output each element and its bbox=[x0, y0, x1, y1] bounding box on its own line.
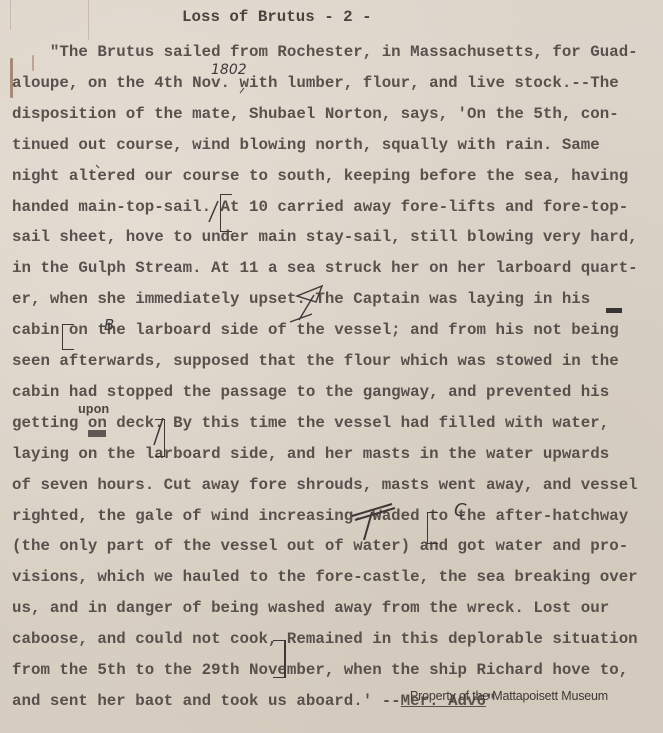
watermark: Property of the Mattapoisett Museum bbox=[410, 689, 608, 703]
paragraph-bracket-mark bbox=[155, 419, 165, 457]
text-line: cabin had stopped the passage to the gan… bbox=[12, 383, 609, 401]
text-line: handed main-top-sail. At 10 carried away… bbox=[12, 198, 628, 216]
text-line: (the only part of the vessel out of wate… bbox=[12, 537, 628, 555]
text-line: of seven hours. Cut away fore shrouds, m… bbox=[12, 476, 638, 494]
text-line: night altered our course to south, keepi… bbox=[12, 167, 628, 185]
text-line: visions, which we hauled to the fore-cas… bbox=[12, 568, 638, 586]
handwritten-b: B bbox=[104, 316, 114, 334]
text-line: sail sheet, hove to under main stay-sail… bbox=[12, 228, 638, 246]
text-line: disposition of the mate, Shubael Norton,… bbox=[12, 105, 619, 123]
text-line: laying on the larboard side, and her mas… bbox=[12, 445, 609, 463]
text-line: righted, the gale of wind increasing. Wa… bbox=[12, 507, 628, 525]
rust-stain bbox=[10, 0, 11, 30]
text-line: er, when she immediately upset. The Capt… bbox=[12, 290, 590, 308]
text-line: caboose, and could not cook, Remained in… bbox=[12, 630, 638, 648]
paragraph-bracket-mark bbox=[273, 640, 286, 678]
handwritten-c: C bbox=[454, 500, 467, 521]
paragraph-bracket-mark bbox=[220, 194, 232, 232]
handwritten-year: 1802 bbox=[211, 62, 247, 78]
text-line: "The Brutus sailed from Rochester, in Ma… bbox=[12, 43, 638, 61]
text-line: tinued out course, wind blowing north, s… bbox=[12, 136, 600, 154]
text-line: seen afterwards, supposed that the flour… bbox=[12, 352, 619, 370]
rust-stain bbox=[88, 0, 89, 40]
text-line: in the Gulph Stream. At 11 a sea struck … bbox=[12, 259, 638, 277]
paragraph-bracket-mark bbox=[62, 324, 74, 350]
paragraph-bracket-mark bbox=[427, 512, 438, 544]
text-line: aloupe, on the 4th Nov. with lumber, flo… bbox=[12, 74, 619, 92]
text-line: from the 5th to the 29th November, when … bbox=[12, 661, 628, 679]
page-title: Loss of Brutus - 2 - bbox=[182, 8, 372, 26]
text-line: us, and in danger of being washed away f… bbox=[12, 599, 609, 617]
handwritten-upon: upon bbox=[78, 402, 109, 417]
text-line: cabin on the larboard side of the vessel… bbox=[12, 321, 619, 339]
